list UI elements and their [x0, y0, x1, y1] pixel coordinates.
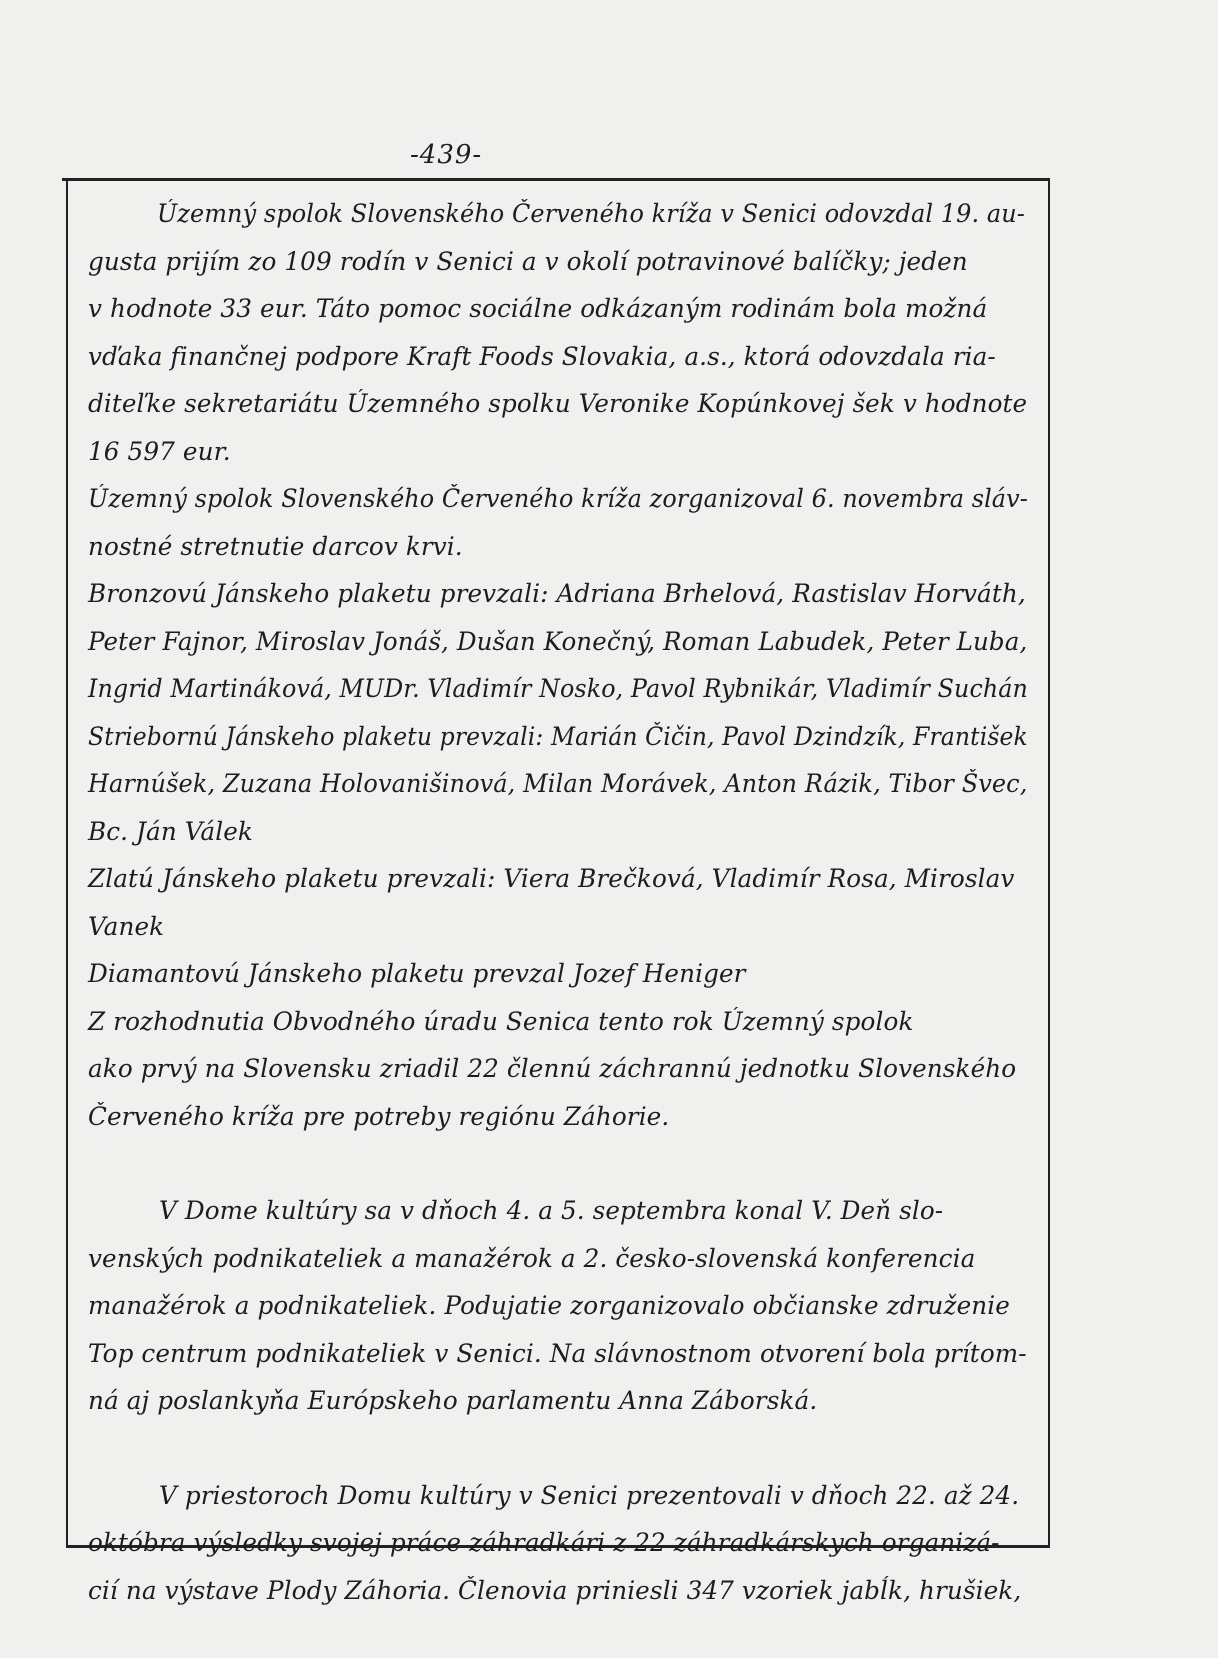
text-line: Diamantovú Jánskeho plaketu prevzal Joze… — [88, 950, 1028, 998]
text-line: Harnúšek, Zuzana Holovanišinová, Milan M… — [88, 760, 1002, 808]
text-line: Územný spolok Slovenského Červeného kríž… — [88, 190, 1000, 238]
text-line: Peter Fajnor, Miroslav Jonáš, Dušan Kone… — [88, 618, 1022, 666]
text-line: Vanek — [88, 903, 1028, 951]
text-line: vďaka finančnej podpore Kraft Foods Slov… — [88, 333, 1028, 381]
text-line: Ingrid Martináková, MUDr. Vladimír Nosko… — [88, 665, 993, 713]
text-line: ako prvý na Slovensku zriadil 22 člennú … — [88, 1045, 1028, 1093]
text-line: Územný spolok Slovenského Červeného kríž… — [88, 475, 997, 523]
section-blood-donors: Územný spolok Slovenského Červeného kríž… — [88, 475, 1040, 1140]
text-line: 16 597 eur. — [88, 428, 1028, 476]
chronicle-text: Územný spolok Slovenského Červeného kríž… — [88, 190, 1040, 1614]
text-line: manažérok a podnikateliek. Podujatie zor… — [88, 1282, 1028, 1330]
text-line: ná aj poslankyňa Európskeho parlamentu A… — [88, 1377, 1028, 1425]
text-line: V priestoroch Domu kultúry v Senici prez… — [88, 1472, 1027, 1520]
text-line: Červeného kríža pre potreby regiónu Záho… — [88, 1093, 1028, 1141]
text-line: Top centrum podnikateliek v Senici. Na s… — [88, 1330, 1028, 1378]
text-line: V Dome kultúry sa v dňoch 4. a 5. septem… — [88, 1187, 1027, 1235]
text-line: nostné stretnutie darcov krvi. — [88, 523, 1028, 571]
text-line: gusta prijím zo 109 rodín v Senici a v o… — [88, 238, 1028, 286]
section-gardeners-exhibition: V priestoroch Domu kultúry v Senici prez… — [88, 1472, 1040, 1615]
section-red-cross-packages: Územný spolok Slovenského Červeného kríž… — [88, 190, 1040, 475]
paragraph-gap — [88, 1140, 1040, 1187]
page-number: -439- — [410, 140, 482, 170]
paragraph-gap — [88, 1425, 1040, 1472]
text-line: októbra výsledky svojej práce záhradkári… — [88, 1519, 1028, 1567]
text-line: venských podnikateliek a manažérok a 2. … — [88, 1235, 1028, 1283]
text-line: Z rozhodnutia Obvodného úradu Senica ten… — [88, 998, 1028, 1046]
text-line: Bronzovú Jánskeho plaketu prevzali: Adri… — [88, 570, 1028, 618]
text-line: cií na výstave Plody Záhoria. Členovia p… — [88, 1567, 1028, 1615]
text-line: Striebornú Jánskeho plaketu prevzali: Ma… — [88, 713, 984, 761]
text-line: Bc. Ján Válek — [88, 808, 1028, 856]
section-entrepreneurs-day: V Dome kultúry sa v dňoch 4. a 5. septem… — [88, 1187, 1040, 1425]
text-line: Zlatú Jánskeho plaketu prevzali: Viera B… — [88, 855, 1028, 903]
text-line: diteľke sekretariátu Územného spolku Ver… — [88, 380, 1027, 428]
text-line: v hodnote 33 eur. Táto pomoc sociálne od… — [88, 285, 1028, 333]
